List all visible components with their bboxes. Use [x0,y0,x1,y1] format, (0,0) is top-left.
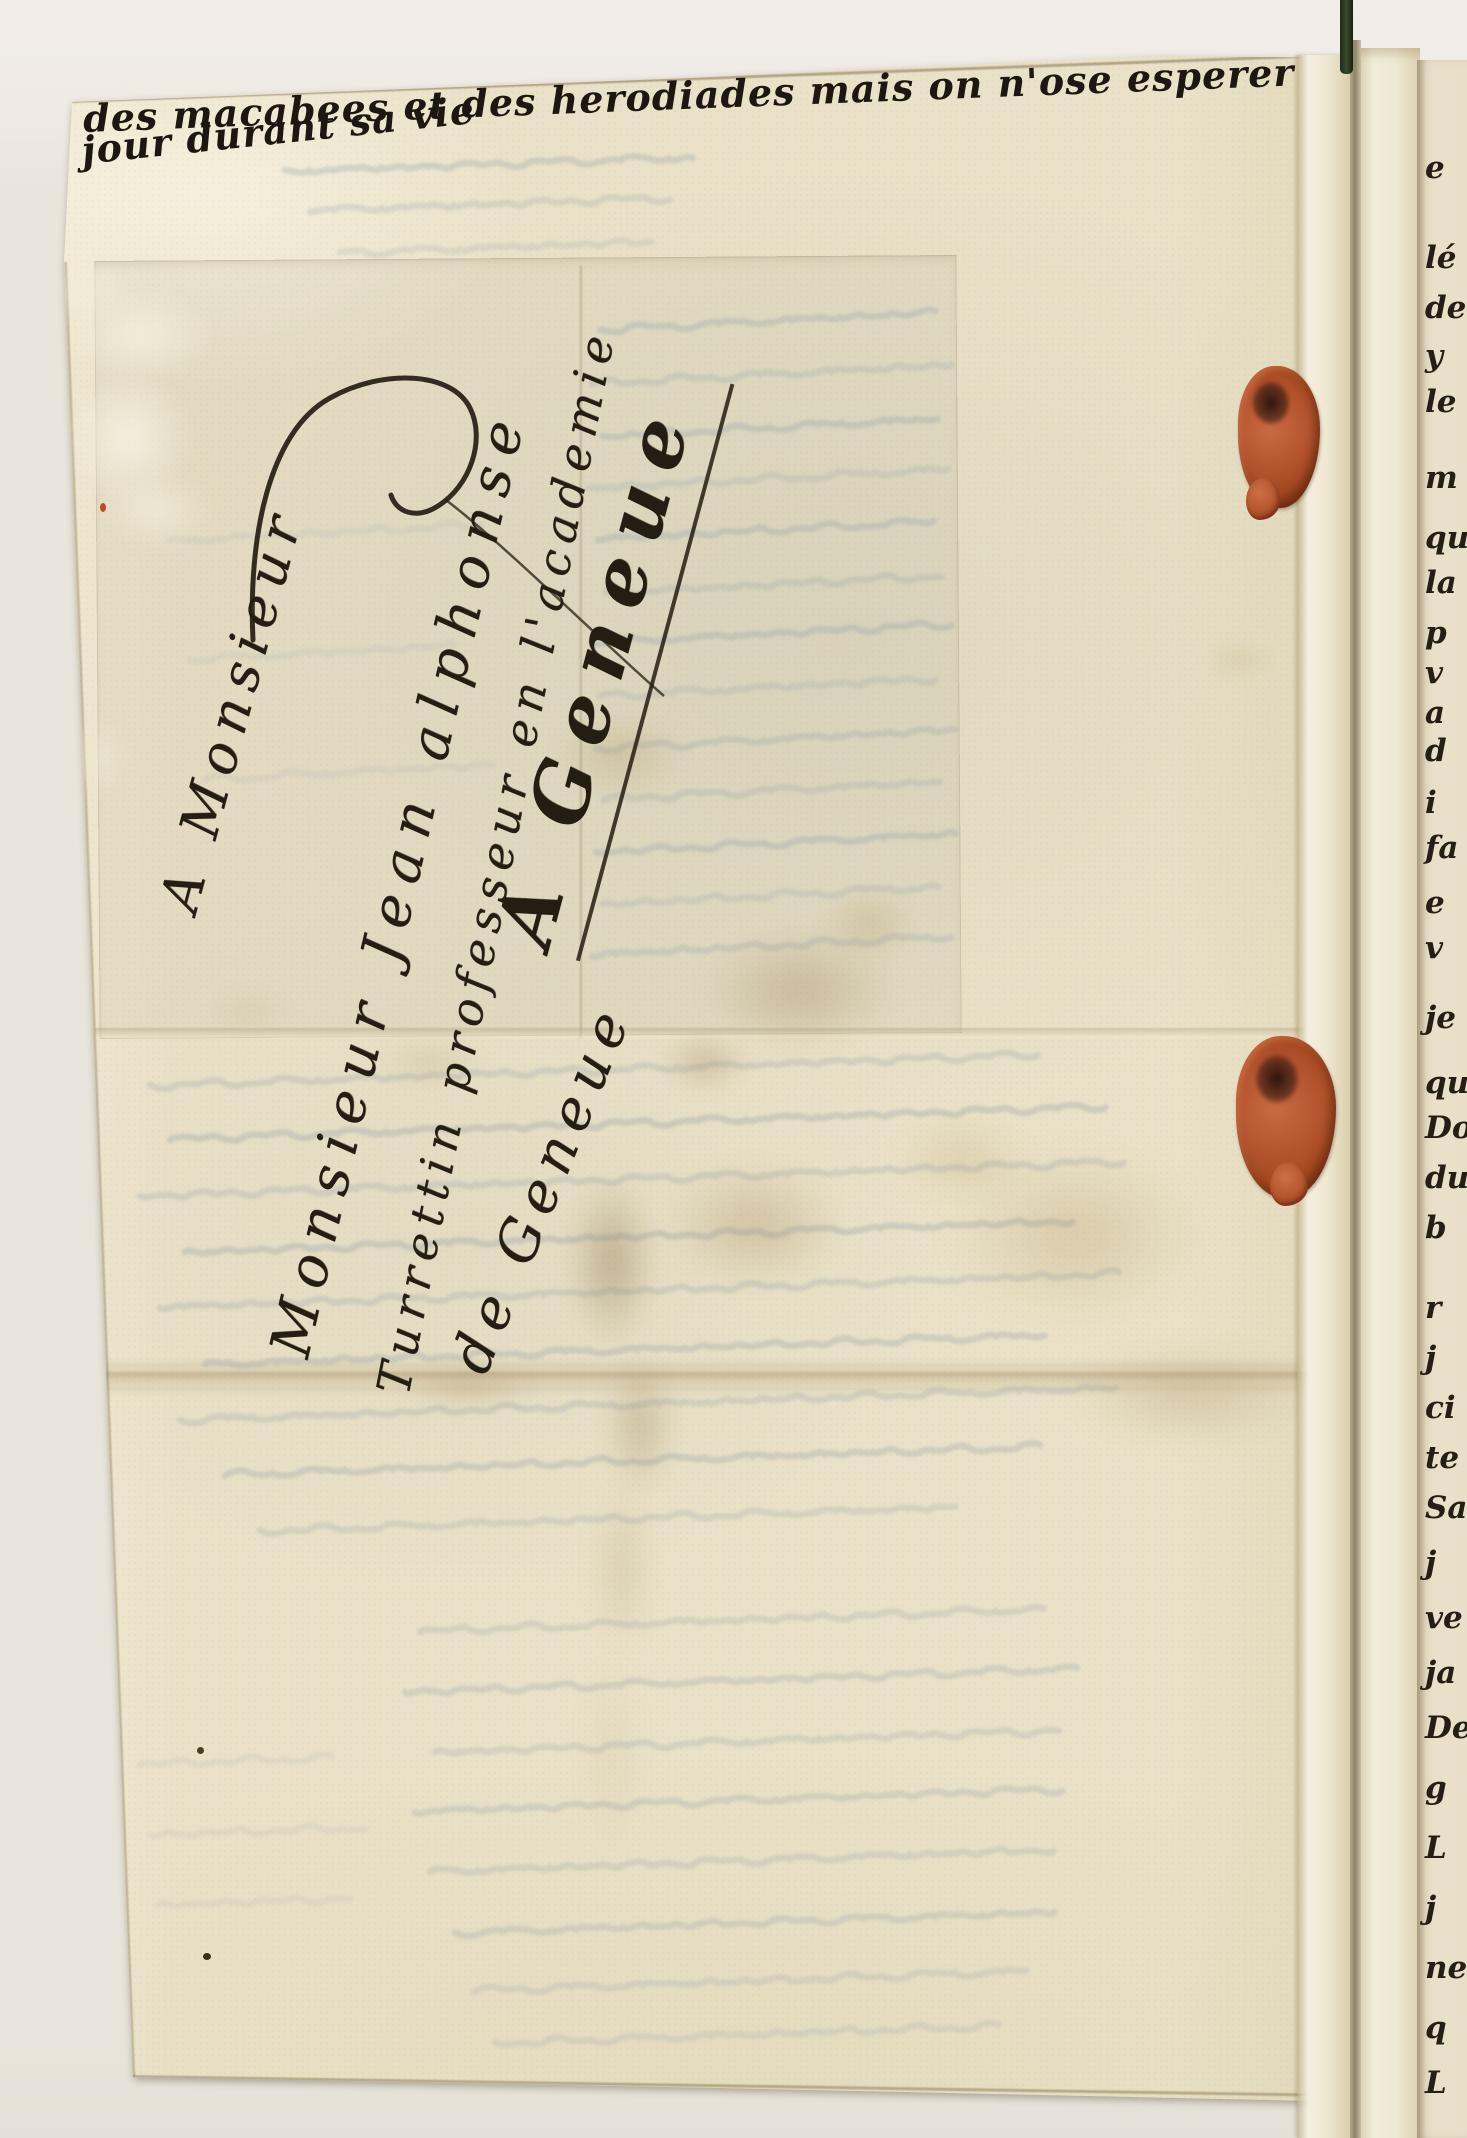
facing-page-fragment: qu [1425,520,1467,556]
facing-page-fragment: j [1425,1340,1436,1376]
stain [580,1620,644,1890]
facing-page-fragment: d [1425,733,1447,769]
facing-page-fragment: de [1425,290,1466,326]
facing-page-fragment: De [1425,1710,1467,1746]
wax-seal-bottom-mottle [1246,1044,1308,1114]
stain [872,1100,1052,1220]
facing-page-fragment: L [1425,1830,1447,1866]
stain [640,1143,870,1307]
ink-speck [203,1953,211,1960]
stain [592,1333,688,1517]
facing-page-fragment: e [1425,150,1445,186]
crease-band-lower [70,1362,1360,1392]
stain [905,1120,1245,1350]
facing-page-fragment: fa [1425,830,1458,866]
facing-page-fragment: r [1425,1290,1441,1326]
facing-page-strip: elédeylemqulapvadifaevjequDodubrjciteSaj… [1417,60,1467,2138]
ink-speck [197,1747,204,1754]
facing-page-fragment: ja [1425,1655,1456,1691]
wax-seal-top [1238,366,1320,508]
facing-page-fragment: la [1425,565,1457,601]
facing-page-fragment: Sa [1425,1490,1467,1526]
facing-page-fragment: Do [1425,1110,1467,1146]
facing-page-fragment: lé [1425,240,1457,276]
binding-gutter-shadow [1350,40,1361,2138]
facing-page-fragment: j [1425,1890,1436,1926]
bookmark-ribbon [1340,0,1353,74]
facing-page-fragment: e [1425,885,1445,921]
facing-page-fragment: ne [1425,1950,1467,1986]
ink-flourish [0,0,760,760]
facing-page-fragment: ve [1425,1600,1463,1636]
stain [584,1456,660,1680]
facing-page-fragment: p [1425,615,1447,651]
facing-page-fragment: g [1425,1770,1447,1806]
facing-page-fragment: le [1425,384,1457,420]
facing-page-fragment: v [1425,655,1443,691]
page-bottom-edge [133,2075,1361,2097]
facing-page-fragment: je [1425,1000,1456,1036]
facing-page-fragment: v [1425,930,1443,966]
facing-page-fragment: i [1425,785,1437,821]
facing-page-fragment: b [1425,1210,1447,1246]
facing-page-fragment: m [1425,460,1458,496]
facing-page-fragment: te [1425,1440,1459,1476]
facing-page-fragment: ci [1425,1390,1456,1426]
facing-page-fragment: y [1425,338,1443,374]
facing-page-fragment: L [1425,2065,1447,2101]
facing-page-fragment: du [1425,1160,1467,1196]
facing-page-fragment: qu [1425,1065,1467,1101]
stain [1195,636,1285,684]
underleaf-edge-strip [1358,48,1420,2138]
facing-page-fragment: j [1425,1545,1436,1581]
manuscript-scan: des macabees et des herodiades mais on n… [0,0,1467,2138]
wax-seal-bottom [1236,1036,1336,1198]
crease-horizontal-upper [95,1028,1305,1038]
wax-seal-top-mottle [1244,372,1298,434]
facing-page-fragment: a [1425,695,1445,731]
facing-page-fragment: q [1425,2010,1447,2046]
